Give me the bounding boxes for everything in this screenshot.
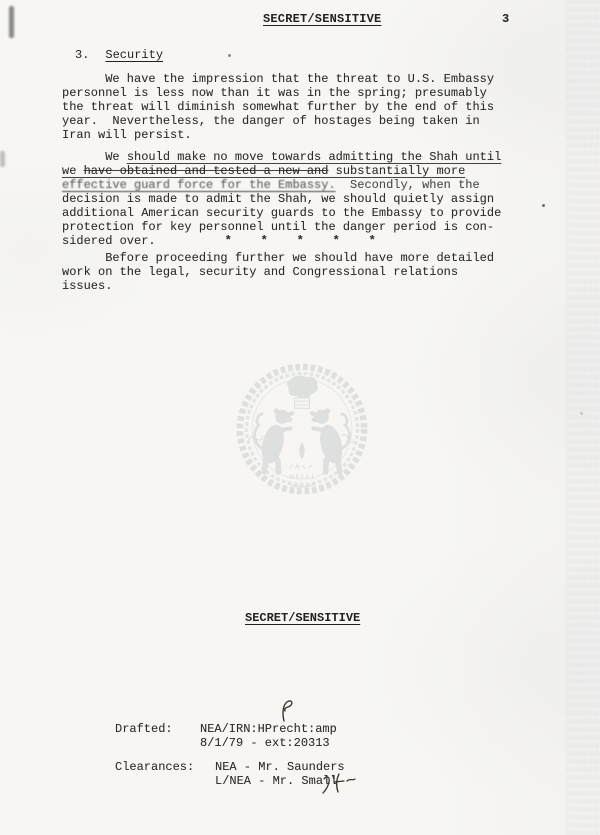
text-segment: sidered over. bbox=[62, 234, 156, 248]
drafted-row: Drafted:NEA/IRN:HPrecht:amp bbox=[115, 722, 345, 736]
two-lions-emblem-watermark: MELLI bbox=[222, 354, 382, 504]
struck-through-text: have obtained and tested a new and bbox=[84, 164, 329, 178]
lion-left bbox=[255, 408, 296, 475]
wreath-outer-ring bbox=[240, 367, 364, 491]
drafted-value: NEA/IRN:HPrecht:amp bbox=[200, 722, 337, 736]
drafted-date-ext: 8/1/79 - ext:20313 bbox=[200, 736, 330, 750]
text-line: decision is made to admit the Shah, we s… bbox=[62, 192, 501, 206]
lion-right bbox=[309, 408, 350, 475]
scan-artifact bbox=[0, 151, 5, 167]
drafted-label: Drafted: bbox=[115, 722, 200, 736]
underlined-text: substantially more bbox=[328, 164, 465, 178]
classification-banner-bottom: SECRET/SENSITIVE bbox=[245, 611, 360, 625]
text-line: we have obtained and tested a new and su… bbox=[62, 164, 501, 178]
scan-artifact bbox=[9, 6, 14, 38]
text-line: year. Nevertheless, the danger of hostag… bbox=[62, 114, 494, 128]
handwritten-initials-icon bbox=[321, 771, 357, 795]
faded-underlined-text: effective guard force for the Embassy. bbox=[62, 178, 336, 192]
stray-mark bbox=[228, 54, 231, 57]
text-segment: Secondly, when the bbox=[336, 178, 480, 192]
section-title: Security bbox=[105, 48, 163, 62]
section-heading: 3.Security bbox=[75, 48, 163, 62]
clearances-label: Clearances: bbox=[115, 760, 215, 774]
text-line: personnel is less now than it was in the… bbox=[62, 86, 494, 100]
clearances-row: Clearances:NEA - Mr. Saunders bbox=[115, 760, 345, 774]
text-line: effective guard force for the Embassy. S… bbox=[62, 178, 501, 192]
scan-speck bbox=[580, 412, 583, 415]
text-line: work on the legal, security and Congress… bbox=[62, 265, 494, 279]
text-line: additional American security guards to t… bbox=[62, 206, 501, 220]
emblem-border-circle bbox=[252, 379, 352, 479]
text-line: issues. bbox=[62, 279, 494, 293]
ribbon-bow bbox=[288, 484, 316, 487]
text-line: protection for key personnel until the d… bbox=[62, 220, 501, 234]
script-flourish-left bbox=[248, 433, 264, 443]
text-line: Iran will persist. bbox=[62, 128, 494, 142]
section-number: 3. bbox=[75, 48, 89, 62]
drafting-info-block: Drafted:NEA/IRN:HPrecht:amp 8/1/79 - ext… bbox=[115, 722, 345, 788]
text-line: sidered over.* * * * * bbox=[62, 234, 501, 248]
paragraph-threat-assessment: We have the impression that the threat t… bbox=[62, 72, 494, 142]
scan-speck bbox=[542, 204, 545, 207]
flag-crest bbox=[294, 398, 309, 408]
wreath-inner-ring bbox=[246, 373, 357, 484]
center-ornament bbox=[299, 442, 305, 459]
drafted-date-row: 8/1/79 - ext:20313 bbox=[115, 736, 345, 750]
paragraph-recommendations: We should make no move towards admitting… bbox=[62, 150, 501, 248]
handwritten-letter-p-icon bbox=[278, 699, 296, 723]
text-line: Before proceeding further we should have… bbox=[62, 251, 494, 265]
paragraph-next-steps: Before proceeding further we should have… bbox=[62, 251, 494, 293]
clearance-value: L/NEA - Mr. Small bbox=[215, 774, 337, 788]
clearances-row2: L/NEA - Mr. Small bbox=[115, 774, 345, 788]
text-line: We have the impression that the threat t… bbox=[62, 72, 494, 86]
underlined-text: should make no move towards admitting th… bbox=[127, 150, 501, 164]
classification-banner-top: SECRET/SENSITIVE bbox=[263, 12, 381, 26]
page-number: 3 bbox=[502, 12, 509, 26]
script-flourish-right bbox=[340, 433, 356, 443]
watermark-label: MELLI bbox=[289, 474, 314, 481]
text-segment: We bbox=[62, 150, 127, 164]
scanned-memo-page: SECRET/SENSITIVE 3 3.Security We have th… bbox=[0, 0, 600, 835]
page-bleedthrough-strip bbox=[566, 0, 600, 835]
underlined-text: we bbox=[62, 164, 84, 178]
numerals-marks bbox=[290, 465, 312, 469]
section-separator-asterisks: * * * * * bbox=[225, 234, 376, 248]
iran-map-crest bbox=[287, 376, 318, 399]
text-line: the threat will diminish somewhat furthe… bbox=[62, 100, 494, 114]
text-line: We should make no move towards admitting… bbox=[62, 150, 501, 164]
